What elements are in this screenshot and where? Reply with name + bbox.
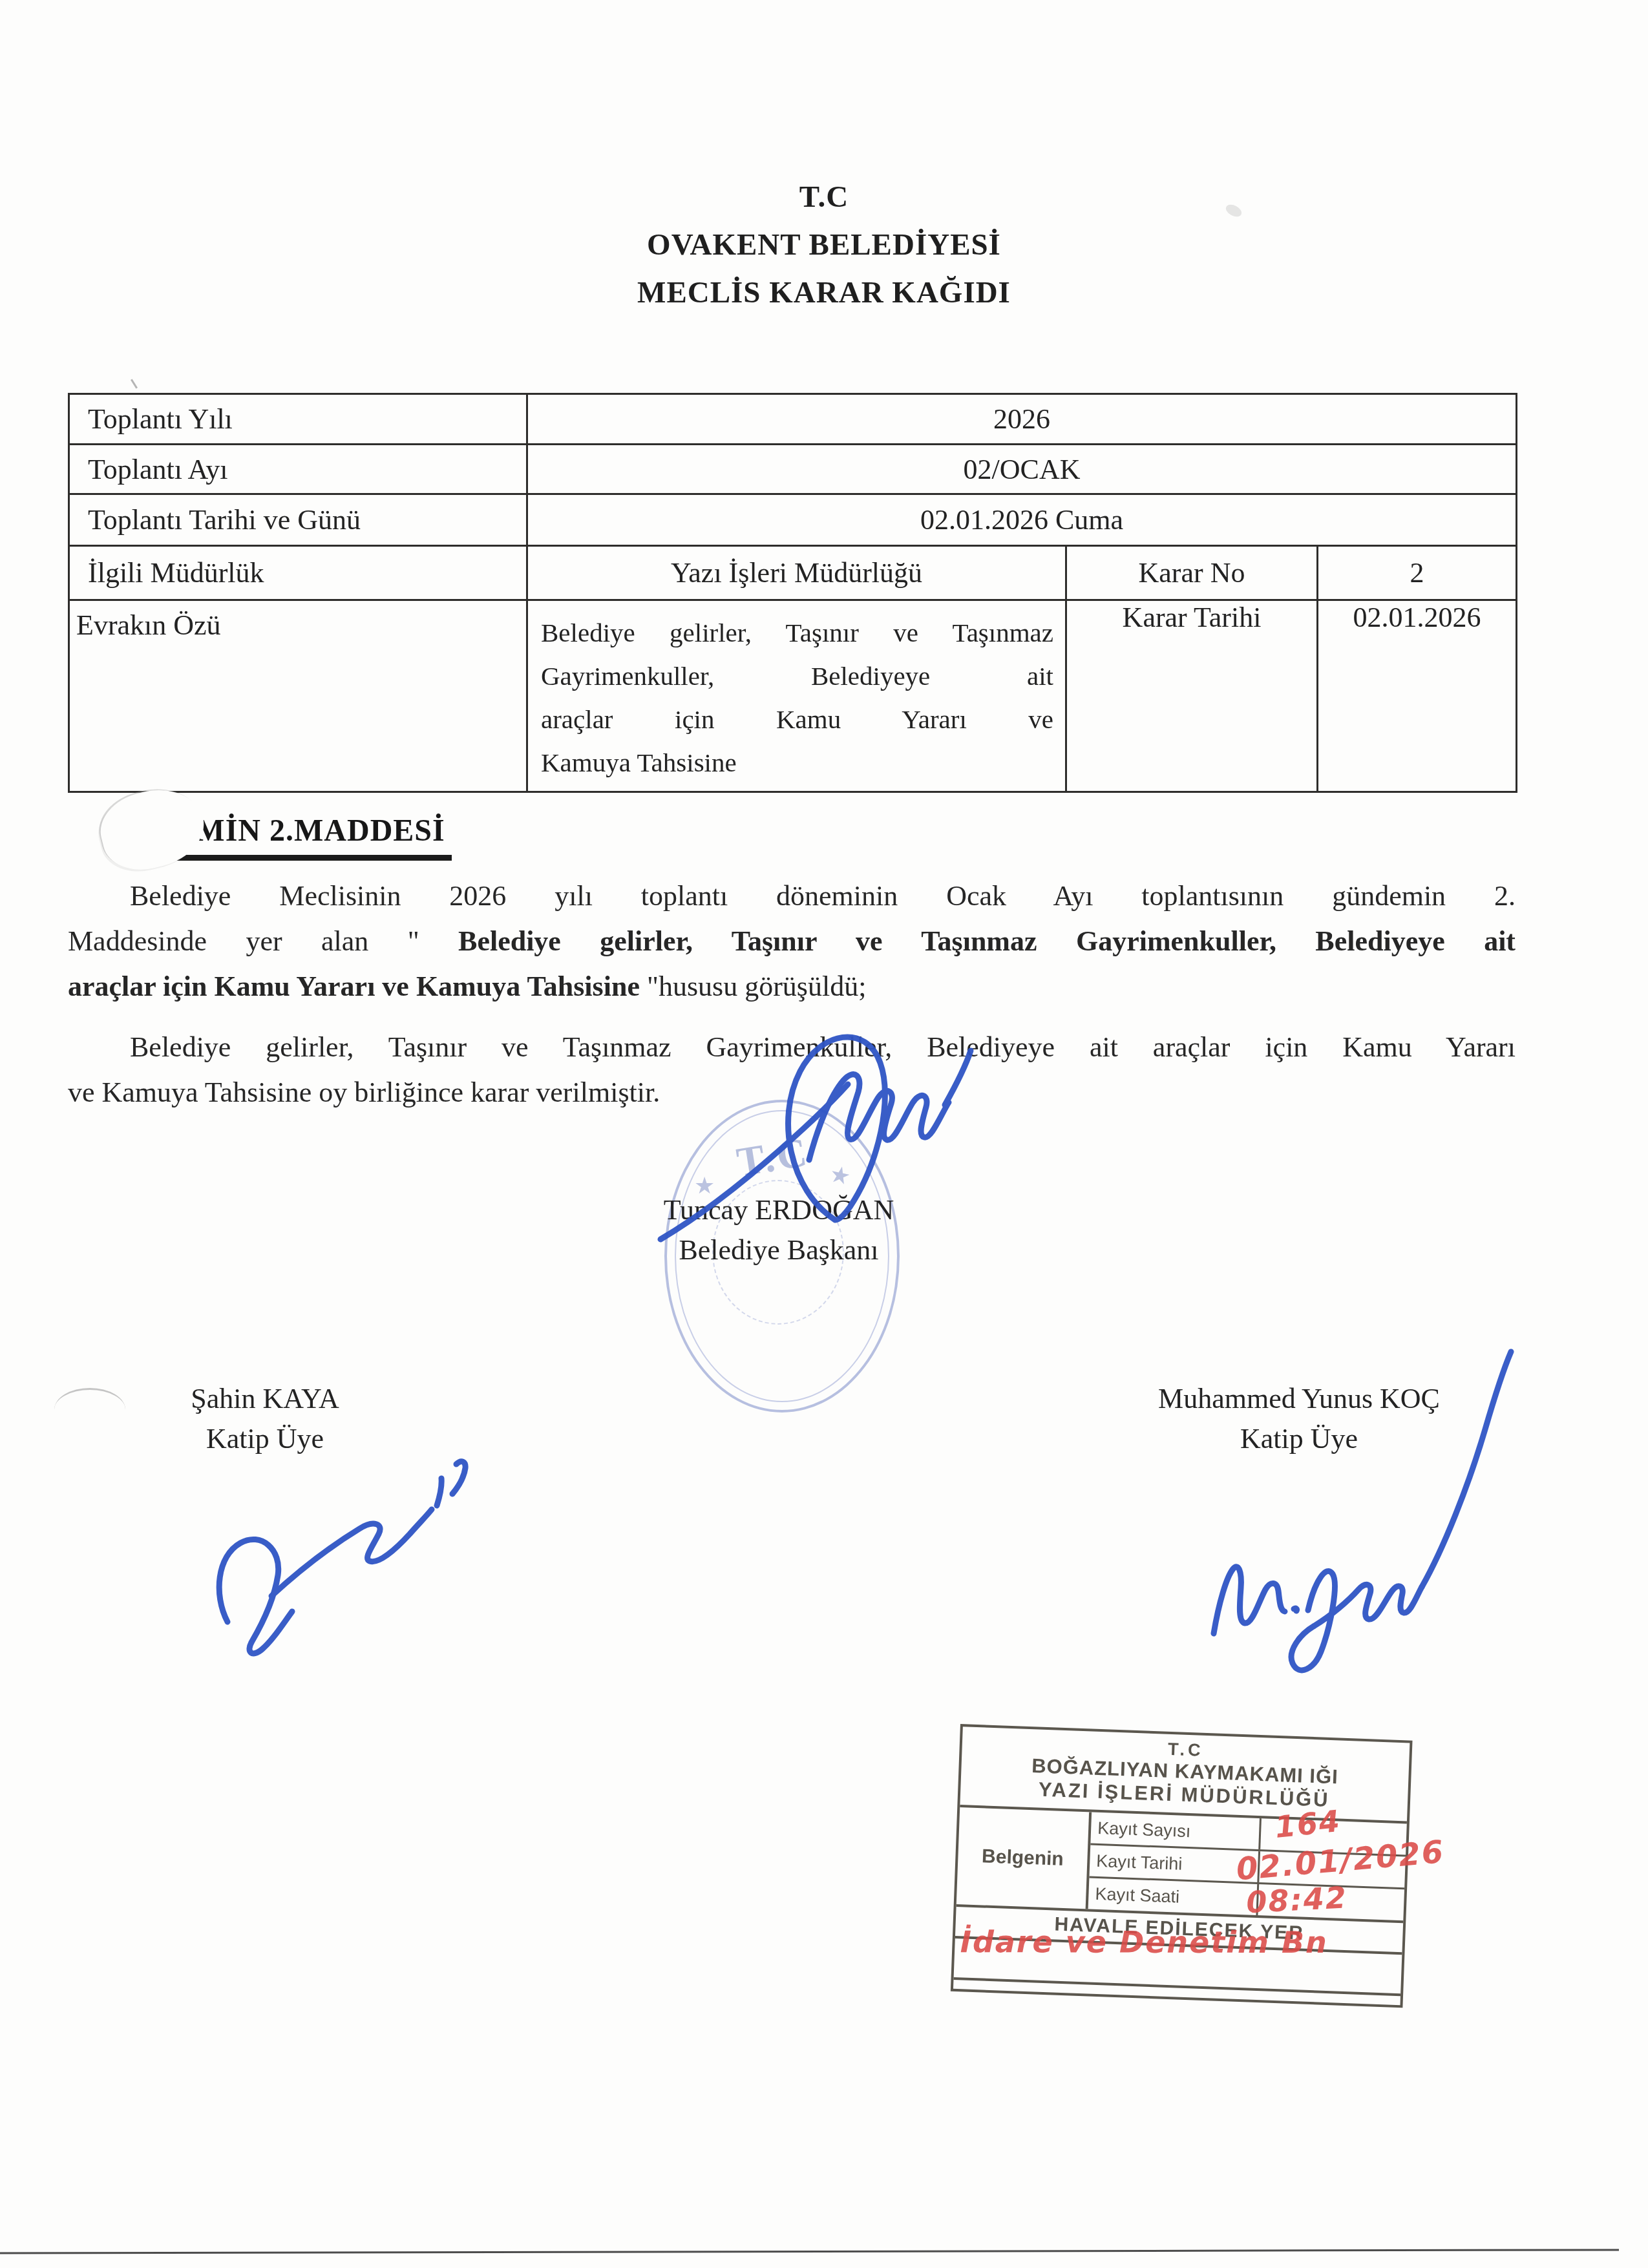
row-value-toplanti-tarihi: 02.01.2026 Cuma: [527, 494, 1517, 546]
table-row: İlgili Müdürlük Yazı İşleri Müdürlüğü Ka…: [69, 546, 1517, 600]
kayit-sayisi-label: Kayıt Sayısı: [1090, 1812, 1262, 1850]
clerk-left-signature-block: Şahin KAYA Katip Üye: [103, 1379, 427, 1459]
clerk-left-name: Şahin KAYA: [103, 1379, 427, 1419]
mayor-title: Belediye Başkanı: [598, 1230, 960, 1270]
paragraph1-line3: araçlar için Kamu Yararı ve Kamuya Tahsi…: [68, 964, 1516, 1009]
mayor-signature-block: Tuncay ERDOĞAN Belediye Başkanı: [598, 1190, 960, 1270]
row-label-toplanti-ayi: Toplantı Ayı: [69, 445, 527, 494]
row-value-evrakin-ozu: Belediye gelirler, Taşınır ve Taşınmaz G…: [527, 600, 1066, 792]
kayit-saati-label: Kayıt Saati: [1088, 1878, 1260, 1915]
karar-tarihi-value: 02.01.2026: [1318, 600, 1517, 792]
paragraph1-line1: Belediye Meclisinin 2026 yılı toplantı d…: [68, 874, 1516, 919]
handwritten-kayit-saati: 08:42: [1245, 1880, 1348, 1920]
paragraph1-line2: Maddesinde yer alan " Belediye gelirler,…: [68, 919, 1516, 964]
row-value-toplanti-ayi: 02/OCAK: [527, 445, 1517, 494]
paragraph1-line3-normal: "hususu görüşüldü;: [647, 971, 866, 1002]
registry-stamp-header: T.C BOĞAZLIYAN KAYMAKAMI IĞI YAZI İŞLERİ…: [960, 1727, 1410, 1823]
karar-tarihi-label: Karar Tarihi: [1066, 600, 1318, 792]
meeting-info-table: Toplantı Yılı 2026 Toplantı Ayı 02/OCAK …: [68, 393, 1517, 793]
decision-paragraph-1: Belediye Meclisinin 2026 yılı toplantı d…: [68, 874, 1516, 1009]
paragraph1-line2-bold: Belediye gelirler, Taşınır ve Taşınmaz G…: [458, 925, 1516, 957]
row-label-toplanti-tarihi: Toplantı Tarihi ve Günü: [69, 494, 527, 546]
table-row: Toplantı Yılı 2026: [69, 394, 1517, 445]
table-row: Toplantı Ayı 02/OCAK: [69, 445, 1517, 494]
paragraph1-line3-bold: araçlar için Kamu Yararı ve Kamuya Tahsi…: [68, 971, 647, 1002]
ozu-line-3: araçlar için Kamu Yararı ve: [541, 698, 1053, 741]
belgenin-label: Belgenin: [956, 1807, 1092, 1909]
row-value-ilgili-mudurluk: Yazı İşleri Müdürlüğü: [527, 546, 1066, 600]
handwritten-kayit-sayisi: 164: [1273, 1803, 1342, 1845]
clerk-right-title: Katip Üye: [1125, 1419, 1474, 1459]
kayit-tarihi-label: Kayıt Tarihi: [1090, 1845, 1261, 1883]
ozu-line-1: Belediye gelirler, Taşınır ve Taşınmaz: [541, 611, 1053, 655]
document-header: T.C OVAKENT BELEDİYESİ MECLİS KARAR KAĞI…: [0, 173, 1648, 317]
clerk-right-name: Muhammed Yunus KOÇ: [1125, 1379, 1474, 1419]
mayor-name: Tuncay ERDOĞAN: [598, 1190, 960, 1230]
row-label-evrakin-ozu: Evrakın Özü: [69, 600, 527, 792]
clerk-left-ink-signature: [219, 1462, 465, 1654]
table-row: Evrakın Özü Belediye gelirler, Taşınır v…: [69, 600, 1517, 792]
ozu-line-4: Kamuya Tahsisine: [541, 741, 1053, 784]
row-label-ilgili-mudurluk: İlgili Müdürlük: [69, 546, 527, 600]
handwritten-havale-yeri: İdare ve Denetim Bn: [960, 1924, 1328, 1960]
scan-artifact-white-blob: [93, 779, 212, 878]
paragraph1-line2-normal: Maddesinde yer alan ": [68, 925, 458, 957]
scan-artifact-tick: [131, 379, 138, 388]
karar-no-value: 2: [1318, 546, 1517, 600]
ozu-line-2: Gayrimenkuller, Belediyeye ait: [541, 655, 1053, 698]
scan-edge-line: [0, 2249, 1619, 2254]
scanned-council-decision-page: T.C OVAKENT BELEDİYESİ MECLİS KARAR KAĞI…: [0, 0, 1648, 2268]
header-tc: T.C: [0, 173, 1648, 221]
scan-artifact-pencil-arc: [54, 1388, 125, 1431]
clerk-right-signature-block: Muhammed Yunus KOÇ Katip Üye: [1125, 1379, 1474, 1459]
clerk-left-title: Katip Üye: [103, 1419, 427, 1459]
karar-no-label: Karar No: [1066, 546, 1318, 600]
header-doc-type: MECLİS KARAR KAĞIDI: [0, 269, 1648, 317]
row-value-toplanti-yili: 2026: [527, 394, 1517, 445]
table-row: Toplantı Tarihi ve Günü 02.01.2026 Cuma: [69, 494, 1517, 546]
paragraph2-line1: Belediye gelirler, Taşınır ve Taşınmaz G…: [68, 1025, 1516, 1070]
row-label-toplanti-yili: Toplantı Yılı: [69, 394, 527, 445]
header-municipality: OVAKENT BELEDİYESİ: [0, 221, 1648, 269]
registry-stamp: T.C BOĞAZLIYAN KAYMAKAMI IĞI YAZI İŞLERİ…: [951, 1724, 1413, 2008]
